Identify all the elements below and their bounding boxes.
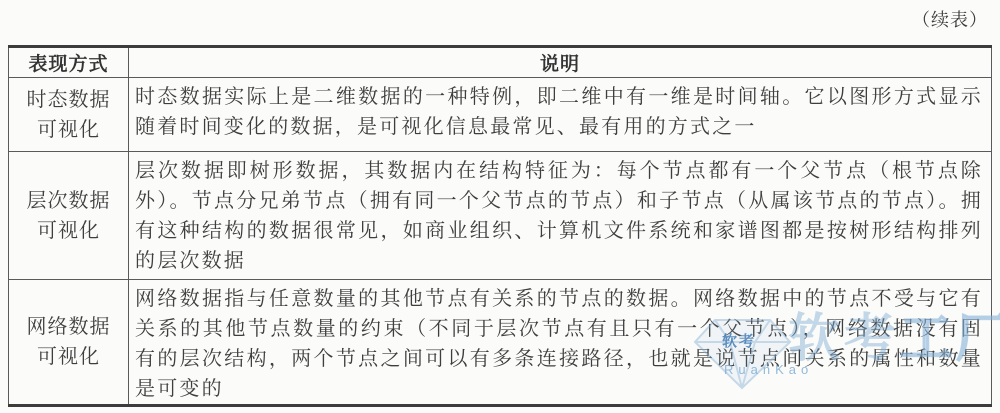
table-header-row: 表现方式 说明 — [9, 47, 992, 78]
continued-table-label: （续表） — [912, 6, 988, 32]
method-line: 可视化 — [15, 216, 122, 246]
method-cell-hierarchical: 层次数据 可视化 — [9, 152, 129, 280]
visualization-methods-table: 表现方式 说明 时态数据 可视化 时态数据实际上是二维数据的一种特例，即二维中有… — [8, 45, 992, 407]
method-cell-temporal: 时态数据 可视化 — [9, 78, 129, 152]
header-method: 表现方式 — [9, 47, 129, 78]
method-cell-network: 网络数据 可视化 — [9, 280, 129, 406]
header-description: 说明 — [129, 47, 992, 78]
table-row: 层次数据 可视化 层次数据即树形数据，其数据内在结构特征为：每个节点都有一个父节… — [9, 152, 992, 280]
method-line: 时态数据 — [15, 85, 122, 115]
method-line: 网络数据 — [15, 312, 122, 342]
method-line: 可视化 — [15, 342, 122, 372]
description-cell-hierarchical: 层次数据即树形数据，其数据内在结构特征为：每个节点都有一个父节点（根节点除外）。… — [129, 152, 992, 280]
scanned-document-page: （续表） 表现方式 说明 时态数据 可视化 时态数据实际上是二维数据的一种特例，… — [0, 0, 1000, 413]
table-row: 网络数据 可视化 网络数据指与任意数量的其他节点有关系的节点的数据。网络数据中的… — [9, 280, 992, 406]
description-cell-network: 网络数据指与任意数量的其他节点有关系的节点的数据。网络数据中的节点不受与它有关系… — [129, 280, 992, 406]
description-cell-temporal: 时态数据实际上是二维数据的一种特例，即二维中有一维是时间轴。它以图形方式显示随着… — [129, 78, 992, 152]
method-line: 层次数据 — [15, 186, 122, 216]
table-row: 时态数据 可视化 时态数据实际上是二维数据的一种特例，即二维中有一维是时间轴。它… — [9, 78, 992, 152]
method-line: 可视化 — [15, 115, 122, 145]
